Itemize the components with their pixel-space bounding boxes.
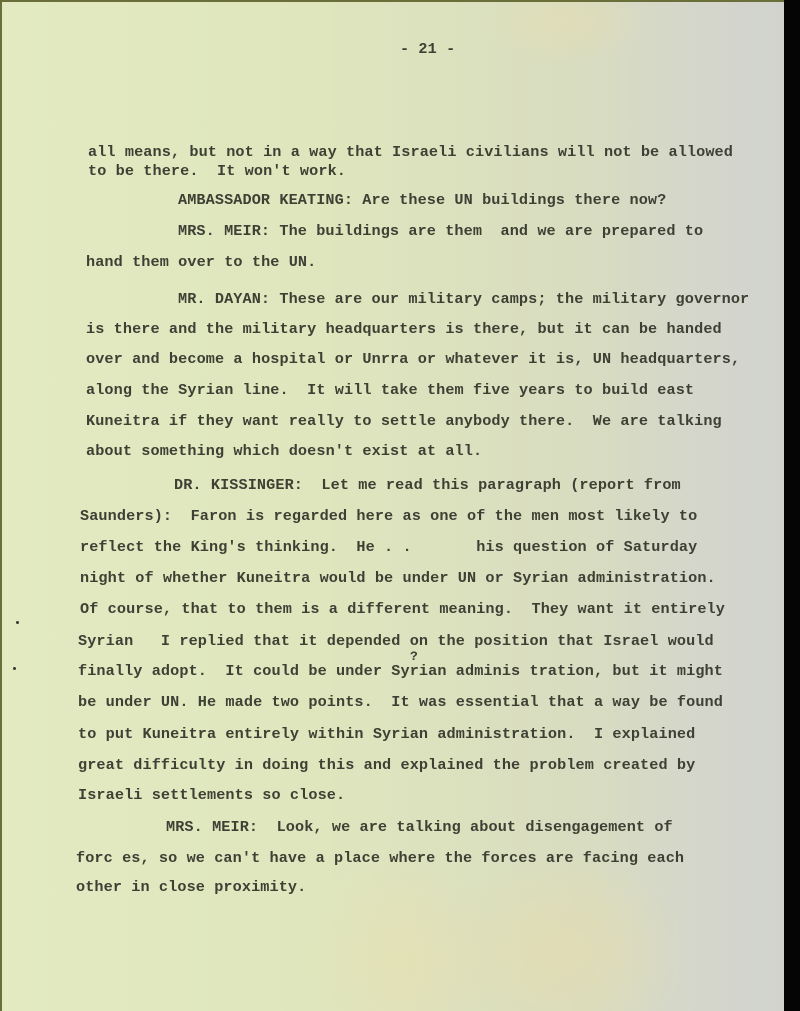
speech-text: The buildings are them and we are prepar… bbox=[270, 222, 703, 240]
page-number: - 21 - bbox=[400, 42, 455, 57]
text-line: Israeli settlements so close. bbox=[78, 788, 345, 803]
speaker-line: MRS. MEIR: Look, we are talking about di… bbox=[166, 820, 673, 835]
speaker-line: MRS. MEIR: The buildings are them and we… bbox=[178, 224, 703, 239]
text-line: hand them over to the UN. bbox=[86, 255, 316, 270]
text-line: night of whether Kuneitra would be under… bbox=[80, 571, 716, 586]
scan-border bbox=[784, 0, 800, 1011]
scan-speck bbox=[16, 621, 19, 624]
text-line: to put Kuneitra entirely within Syrian a… bbox=[78, 727, 695, 742]
text-line: is there and the military headquarters i… bbox=[86, 322, 722, 337]
text-line: about something which doesn't exist at a… bbox=[86, 444, 482, 459]
speaker-name: MRS. MEIR: bbox=[166, 818, 258, 836]
speech-text: These are our military camps; the milita… bbox=[270, 290, 749, 308]
text-line: over and become a hospital or Unrra or w… bbox=[86, 352, 740, 367]
speaker-line: DR. KISSINGER: Let me read this paragrap… bbox=[174, 478, 681, 493]
text-line: Syrian I replied that it depended on the… bbox=[78, 634, 714, 649]
text-line: be under UN. He made two points. It was … bbox=[78, 695, 723, 710]
text-line: along the Syrian line. It will take them… bbox=[86, 383, 694, 398]
speech-text: Look, we are talking about disengagement… bbox=[258, 818, 673, 836]
speaker-line: MR. DAYAN: These are our military camps;… bbox=[178, 292, 749, 307]
text-line: Kuneitra if they want really to settle a… bbox=[86, 414, 722, 429]
text-line: forc es, so we can't have a place where … bbox=[76, 851, 684, 866]
speaker-name: MR. DAYAN: bbox=[178, 290, 270, 308]
speech-text: Let me read this paragraph (report from bbox=[303, 476, 681, 494]
speaker-line: AMBASSADOR KEATING: Are these UN buildin… bbox=[178, 193, 666, 208]
text-line: Of course, that to them is a different m… bbox=[80, 602, 725, 617]
text-line: to be there. It won't work. bbox=[88, 164, 346, 179]
text-line: all means, but not in a way that Israeli… bbox=[88, 145, 733, 160]
document-page: - 21 - all means, but not in a way that … bbox=[0, 0, 784, 1011]
text-line: great difficulty in doing this and expla… bbox=[78, 758, 695, 773]
speaker-name: AMBASSADOR KEATING: bbox=[178, 191, 353, 209]
text-line: Saunders): Faron is regarded here as one… bbox=[80, 509, 697, 524]
speaker-name: DR. KISSINGER: bbox=[174, 476, 303, 494]
speech-text: Are these UN buildings there now? bbox=[353, 191, 666, 209]
text-line: other in close proximity. bbox=[76, 880, 306, 895]
scan-speck bbox=[13, 667, 16, 670]
text-line: finally adopt. It could be under Syrian … bbox=[78, 664, 723, 679]
text-line: reflect the King's thinking. He . . his … bbox=[80, 540, 697, 555]
speaker-name: MRS. MEIR: bbox=[178, 222, 270, 240]
